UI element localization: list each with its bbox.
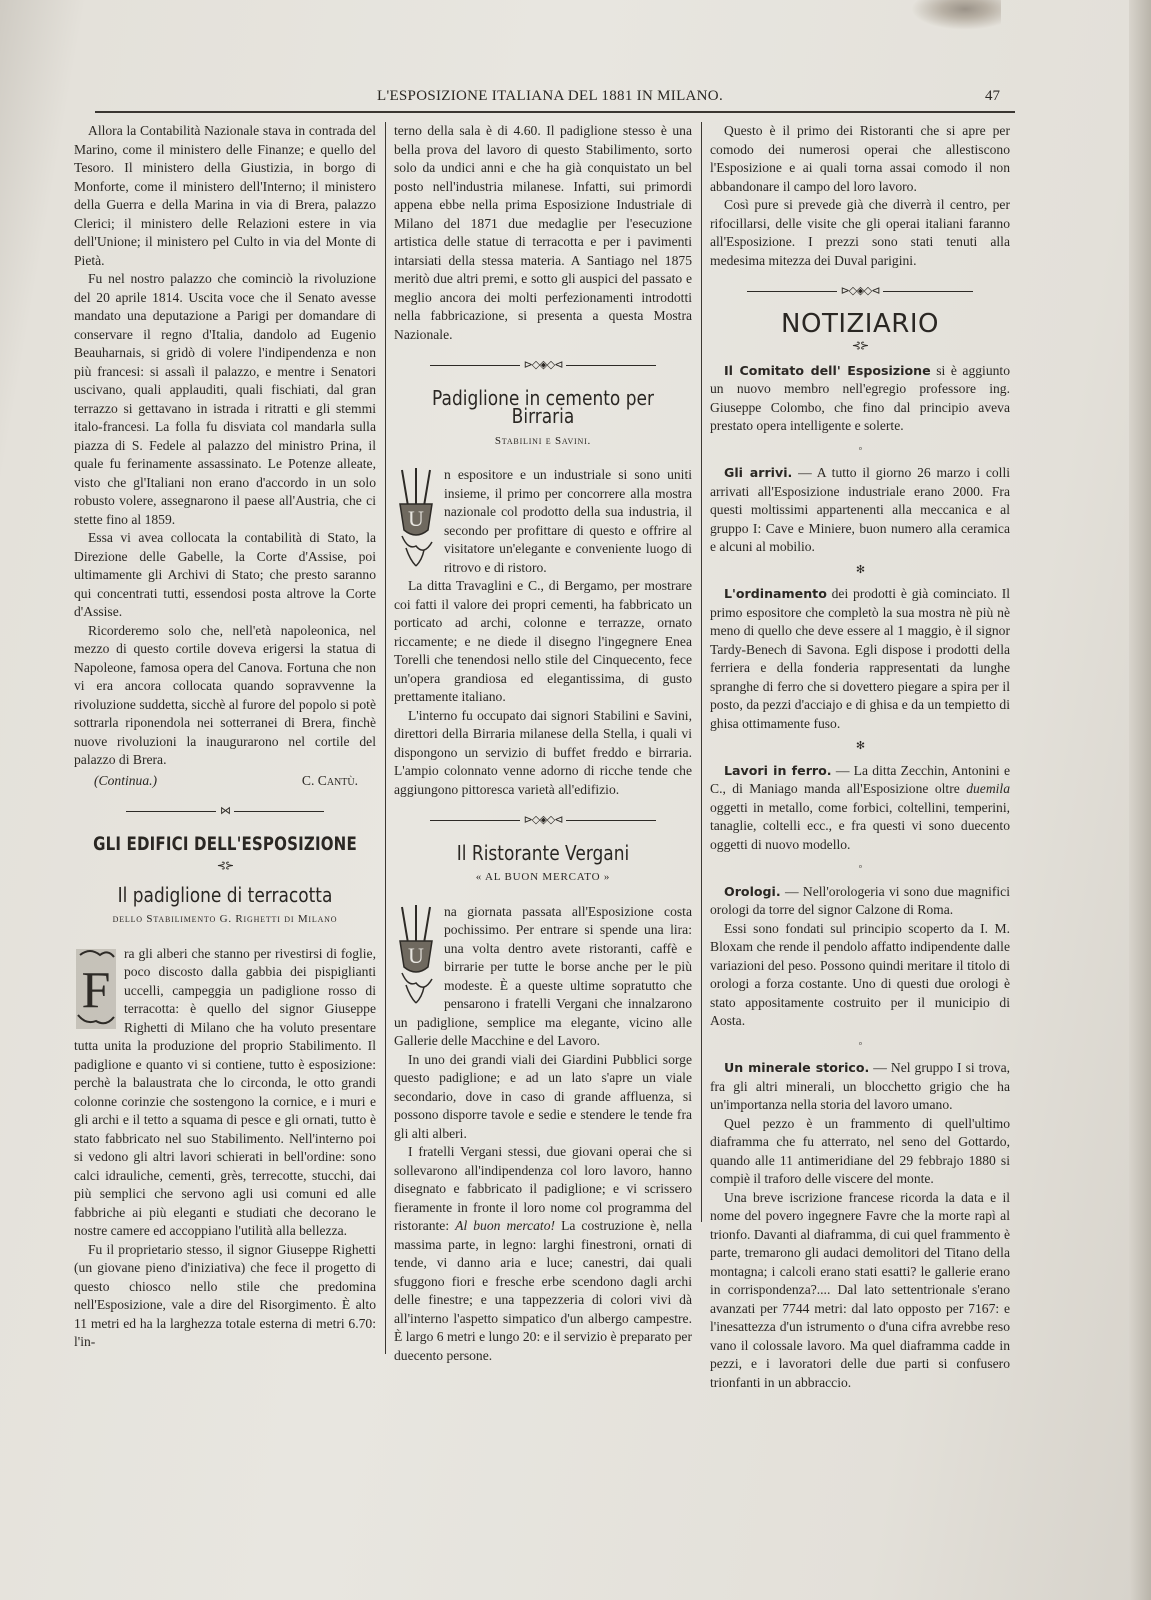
ornament-knot-icon: ⊳◇◈◇⊲: [520, 811, 567, 830]
article-body: U n espositore e un industriale si sono …: [394, 466, 692, 799]
article-body: U na giornata passata all'Esposizione co…: [394, 903, 692, 1366]
ornament-divider: ⊳◇◈◇⊲: [394, 356, 692, 375]
paragraph: n espositore e un industriale si sono un…: [394, 466, 692, 577]
column-divider: [385, 122, 386, 1354]
ornament-knot-icon: ⊳◇◈◇⊲: [837, 282, 884, 301]
ornament-divider: ⊳◇◈◇⊲: [394, 811, 692, 830]
continua-note: (Continua.): [94, 772, 157, 791]
paragraph: Fu il proprietario stesso, il signor Giu…: [74, 1241, 376, 1352]
signature-line: (Continua.) C. Cantù.: [74, 772, 376, 791]
section-title: GLI EDIFICI DELL'ESPOSIZIONE: [92, 835, 358, 854]
paragraph: Fu nel nostro palazzo che cominciò la ri…: [74, 270, 376, 529]
article-subtitle: Stabilini e Savini.: [394, 432, 692, 451]
dot-ornament-icon: ◦: [710, 858, 1010, 877]
news-lead: Un minerale storico.: [724, 1060, 869, 1075]
decorated-initial-u-icon: U: [394, 903, 438, 1009]
news-lead: Lavori in ferro.: [724, 763, 832, 778]
star-ornament-icon: ✻: [710, 737, 1010, 756]
paragraph: Una breve iscrizione francese ricorda la…: [710, 1189, 1010, 1393]
article-title: Padiglione in cemento per Birraria: [416, 389, 669, 426]
news-item: Il Comitato dell' Esposizione si è aggiu…: [710, 362, 1010, 436]
paragraph: Questo è il primo dei Ristoranti che si …: [710, 122, 1010, 196]
paragraph: Ricorderemo solo che, nell'età napoleoni…: [74, 622, 376, 770]
article-title: Il Ristorante Vergani: [416, 844, 669, 863]
column-3: Questo è il primo dei Ristoranti che si …: [710, 122, 1010, 1392]
decorated-initial-u-icon: U: [394, 466, 438, 572]
article-title: Il padiglione di terracotta: [97, 886, 354, 905]
news-text: oggetti in metallo, come forbici, coltel…: [710, 800, 1010, 852]
paper-stain: [911, 0, 1001, 30]
paragraph: terno della sala è di 4.60. Il padiglion…: [394, 122, 692, 344]
newspaper-page: L'ESPOSIZIONE ITALIANA DEL 1881 IN MILAN…: [0, 0, 1151, 1600]
running-head: L'ESPOSIZIONE ITALIANA DEL 1881 IN MILAN…: [100, 88, 1000, 110]
paragraph: I fratelli Vergani stessi, due giovani o…: [394, 1143, 692, 1365]
small-ornament-icon: ⊰⊱: [74, 857, 376, 876]
paragraph: ra gli alberi che stanno per rivestirsi …: [74, 945, 376, 1241]
running-title: L'ESPOSIZIONE ITALIANA DEL 1881 IN MILAN…: [100, 88, 1000, 105]
ornament-divider: ⊳◇◈◇⊲: [710, 282, 1010, 301]
ornament-knot-icon: ⋈: [216, 802, 234, 821]
article-subtitle: dello Stabilimento G. Righetti di Milano: [74, 910, 376, 929]
news-item: Orologi. — Nell'orologeria vi sono due m…: [710, 883, 1010, 920]
svg-text:U: U: [408, 943, 424, 968]
news-item: Lavori in ferro. — La ditta Zecchin, Ant…: [710, 762, 1010, 855]
paragraph: Così pure si prevede già che diverrà il …: [710, 196, 1010, 270]
news-item: Gli arrivi. — A tutto il giorno 26 marzo…: [710, 464, 1010, 557]
paragraph: na giornata passata all'Esposizione cost…: [394, 903, 692, 1051]
svg-text:U: U: [408, 506, 424, 531]
page-number: 47: [985, 88, 1000, 105]
news-lead: L'ordinamento: [724, 586, 827, 601]
italic-motto: Al buon mercato!: [455, 1218, 555, 1233]
paragraph: In uno dei grandi viali dei Giardini Pub…: [394, 1051, 692, 1144]
page-edge: [1129, 0, 1151, 1600]
small-ornament-icon: ⊰⊱: [710, 337, 1010, 356]
news-item: L'ordinamento dei prodotti è già cominci…: [710, 585, 1010, 733]
paragraph: Quel pezzo è un frammento di quell'ultim…: [710, 1115, 1010, 1189]
column-2: terno della sala è di 4.60. Il padiglion…: [394, 122, 692, 1365]
ornament-divider: ⋈: [74, 802, 376, 821]
news-item: Un minerale storico. — Nel gruppo I si t…: [710, 1059, 1010, 1115]
dot-ornament-icon: ◦: [710, 1035, 1010, 1054]
paragraph: Essa vi avea collocata la contabilità di…: [74, 529, 376, 622]
paragraph: La ditta Travaglini e C., di Bergamo, pe…: [394, 577, 692, 707]
news-lead: Orologi.: [724, 884, 781, 899]
news-lead: Il Comitato dell' Esposizione: [724, 363, 931, 378]
article-subtitle: « AL BUON MERCATO »: [394, 868, 692, 887]
star-ornament-icon: ✻: [710, 561, 1010, 580]
paragraph: L'interno fu occupato dai signori Stabil…: [394, 707, 692, 800]
dot-ornament-icon: ◦: [710, 440, 1010, 459]
decorated-initial-f-icon: F: [74, 945, 118, 1033]
article-body: F ra gli alberi che stanno per rivestirs…: [74, 945, 376, 1352]
author-name: C. Cantù.: [302, 772, 358, 791]
notiziario-title: NOTIZIARIO: [710, 315, 1010, 334]
paragraph-text: La costruzione è, nella massima parte, i…: [394, 1218, 692, 1363]
header-rule: [95, 111, 1015, 113]
news-lead: Gli arrivi.: [724, 465, 792, 480]
news-text: dei prodotti è già cominciato. Il primo …: [710, 586, 1010, 731]
paragraph: Essi sono fondati sul principio scoperto…: [710, 920, 1010, 1031]
column-1: Allora la Contabilità Nazionale stava in…: [74, 122, 376, 1352]
svg-text:F: F: [82, 962, 111, 1019]
ornament-knot-icon: ⊳◇◈◇⊲: [520, 356, 567, 375]
paragraph: Allora la Contabilità Nazionale stava in…: [74, 122, 376, 270]
column-divider: [701, 122, 702, 1222]
italic-word: duemila: [966, 781, 1010, 796]
